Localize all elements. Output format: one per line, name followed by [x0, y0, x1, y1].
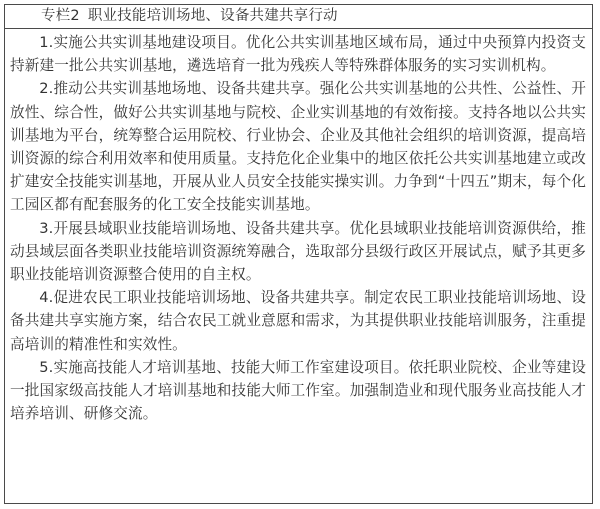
column-title: 专栏2职业技能培训场地、设备共建共享行动 — [5, 5, 592, 29]
paragraph-1: 1.实施公共实训基地建设项目。优化公共实训基地区域布局，通过中央预算内投资支持新… — [10, 31, 586, 77]
paragraph-4: 4.促进农民工职业技能培训场地、设备共建共享。制定农民工职业技能培训场地、设备共… — [10, 286, 586, 356]
column-title-text: 职业技能培训场地、设备共建共享行动 — [88, 8, 338, 24]
paragraph-3: 3.开展县域职业技能培训场地、设备共建共享。优化县域职业技能培训资源供给，推动县… — [10, 217, 586, 287]
column-box: 专栏2职业技能培训场地、设备共建共享行动 1.实施公共实训基地建设项目。优化公共… — [4, 4, 593, 504]
paragraph-2: 2.推动公共实训基地场地、设备共建共享。强化公共实训基地的公共性、公益性、开放性… — [10, 77, 586, 216]
column-content: 1.实施公共实训基地建设项目。优化公共实训基地区域布局，通过中央预算内投资支持新… — [5, 29, 592, 425]
paragraph-5: 5.实施高技能人才培训基地、技能大师工作室建设项目。依托职业院校、企业等建设一批… — [10, 356, 586, 426]
column-label: 专栏2 — [41, 8, 80, 24]
